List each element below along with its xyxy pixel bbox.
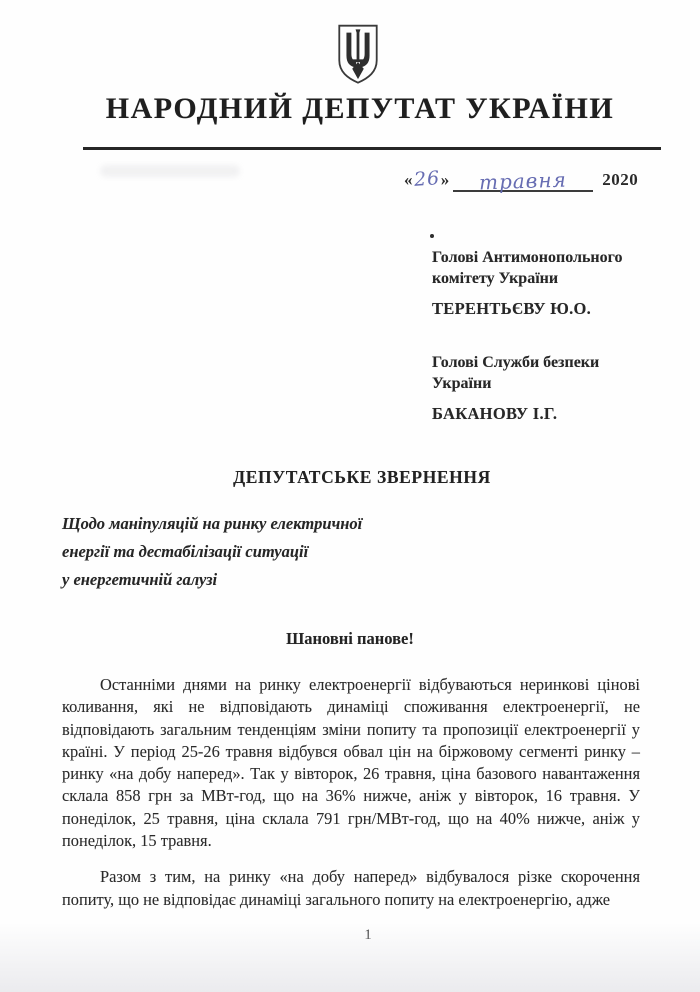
addressee-role: Голові Служби безпеки України	[432, 352, 654, 394]
addressee-name: ТЕРЕНТЬЄВУ Ю.О.	[432, 298, 654, 319]
scan-artifact	[100, 165, 240, 177]
subject-line: Щодо маніпуляцій на ринку електричної	[62, 510, 462, 538]
addressee-security-service: Голові Служби безпеки України БАКАНОВУ І…	[432, 352, 654, 424]
handwritten-day: 26	[413, 167, 441, 191]
body-paragraph: Останніми днями на ринку електроенергії …	[62, 674, 640, 852]
document-title: ДЕПУТАТСЬКЕ ЗВЕРНЕННЯ	[24, 467, 700, 488]
subject-line: енергії та дестабілізації ситуації	[62, 538, 462, 566]
subject-block: Щодо маніпуляцій на ринку електричної ен…	[62, 510, 462, 594]
stray-dot-mark	[430, 234, 434, 238]
letter-body: Останніми днями на ринку електроенергії …	[62, 674, 640, 911]
handwritten-month: травня	[479, 167, 568, 194]
ukraine-trident-icon	[336, 23, 380, 85]
page-number: 1	[30, 927, 700, 944]
addressee-antimonopoly-committee: Голові Антимонопольного комітету України…	[432, 247, 654, 319]
date-quote-open: «	[404, 170, 413, 190]
addressee-name: БАКАНОВУ І.Г.	[432, 403, 654, 424]
date-year: 2020	[602, 170, 638, 190]
date-line: « 26 » травня 2020	[404, 166, 638, 194]
letterhead-title: НАРОДНИЙ ДЕПУТАТ УКРАЇНИ	[30, 92, 690, 126]
date-quote-close: »	[441, 170, 450, 190]
scanned-letter-page: НАРОДНИЙ ДЕПУТАТ УКРАЇНИ « 26 » травня 2…	[0, 0, 700, 992]
addressee-role: Голові Антимонопольного комітету України	[432, 247, 654, 289]
month-underline: травня	[453, 166, 593, 192]
subject-line: у енергетичній галузі	[62, 566, 462, 594]
salutation: Шановні панове!	[0, 629, 700, 649]
header-divider-rule	[83, 147, 661, 150]
body-paragraph: Разом з тим, на ринку «на добу наперед» …	[62, 866, 640, 911]
